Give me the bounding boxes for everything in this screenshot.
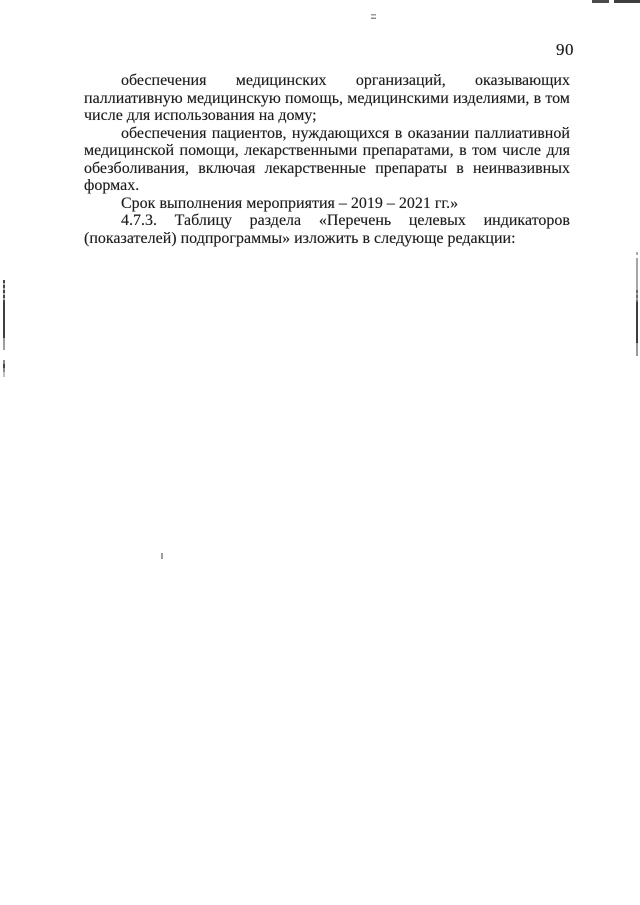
text-line: обезболивания,включаялекарственныепрепар… [84,160,570,178]
text-line: (показателей) подпрограммы» изложить в с… [84,230,570,248]
scan-artifact-left-edge-solid [3,302,5,338]
word: том [545,90,570,108]
text-line: обеспечениямедицинскихорганизаций,оказыв… [84,72,570,90]
word: помощи, [180,142,239,160]
word: препаратами, [363,142,454,160]
text-line: формах. [84,177,570,195]
scan-artifact-right-edge-dot [636,252,638,255]
word: в [534,90,542,108]
word: паллиативной [475,125,570,143]
word: оказывающих [475,72,570,90]
scan-artifact-right-edge-fade [636,343,638,356]
scan-artifact-top-edge-left-segment [592,0,609,3]
word: нуждающихся [292,125,389,143]
scan-speck-top-center [371,14,376,19]
word: пациентов, [212,125,287,143]
word: раздела [250,212,301,230]
text-line: 4.7.3.Таблицураздела«Переченьцелевыхинди… [84,212,570,230]
word: том [472,142,497,160]
word: обезболивания, [84,160,189,178]
word: Таблицу [175,212,232,230]
scan-artifact-top-edge-right-segment [614,0,640,3]
scan-speck-middle [161,553,163,559]
word: паллиативную [84,90,183,108]
scan-artifact-left-edge-faint [3,372,5,377]
text-line: медицинскойпомощи,лекарственнымипрепарат… [84,142,570,160]
word: лекарственные [265,160,366,178]
word: в [456,160,464,178]
word: обеспечения [121,72,206,90]
word: медицинскую [187,90,281,108]
text-line: паллиативнуюмедицинскуюпомощь,медицински… [84,90,570,108]
word: включая [198,160,255,178]
scan-artifact-right-edge-solid [636,302,638,343]
text-line: обеспеченияпациентов,нуждающихсявоказани… [84,125,570,143]
word: целевых [409,212,466,230]
scan-artifact-left-edge-speck [3,364,5,368]
word: медицинскими [347,90,449,108]
document-page: 90 обеспечениямедицинскихорганизаций,ока… [0,0,640,905]
word: неинвазивных [473,160,570,178]
scan-artifact-left-edge-dashed [3,280,5,302]
word: оказании [408,125,470,143]
word: в [395,125,403,143]
scan-artifact-right-edge-dashed [636,290,638,302]
word: числе [502,142,541,160]
word: 4.7.3. [121,212,157,230]
scan-artifact-right-edge-light [636,258,638,290]
word: медицинской [84,142,174,160]
word: обеспечения [121,125,206,143]
word: «Перечень [319,212,391,230]
text-line: Срок выполнения мероприятия – 2019 – 202… [84,195,570,213]
word: организаций, [356,72,446,90]
text-line: числе для использования на дому; [84,107,570,125]
word: лекарственными [244,142,357,160]
word: помощь, [285,90,343,108]
scan-artifact-left-edge-light [3,338,5,350]
word: медицинских [236,72,327,90]
word: для [546,142,569,160]
word: в [459,142,467,160]
word: индикаторов [484,212,570,230]
text-block: обеспечениямедицинскихорганизаций,оказыв… [84,72,570,247]
page-number: 90 [556,41,574,58]
word: изделиями, [453,90,529,108]
word: препараты [375,160,447,178]
